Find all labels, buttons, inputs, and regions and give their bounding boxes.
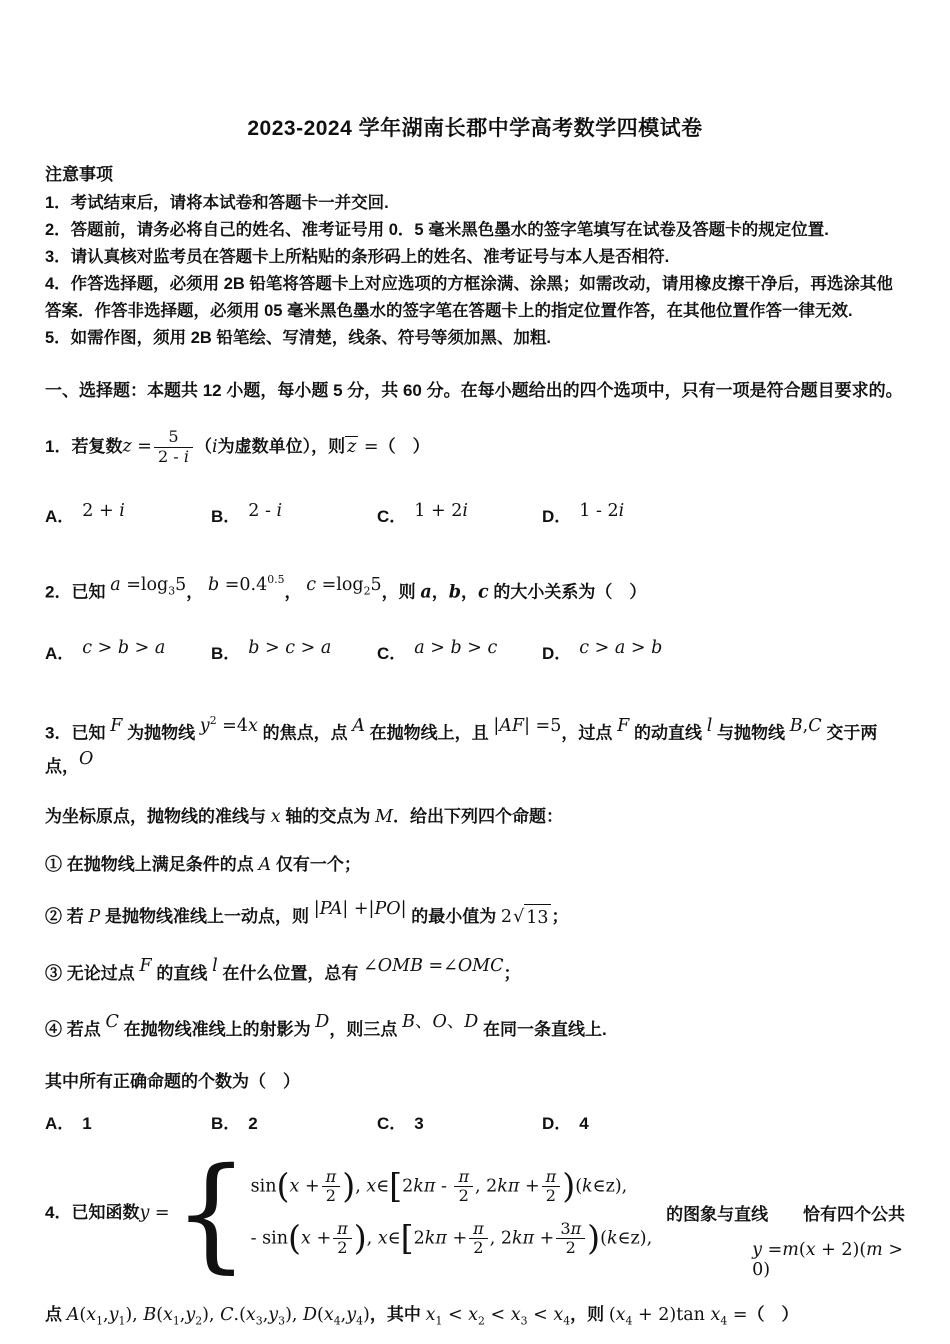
q2-option-b: B．b > c > a	[211, 638, 377, 664]
option-label: D．	[542, 644, 571, 663]
q3-option-c: C．3	[377, 1109, 542, 1134]
q3-option-b: B．2	[211, 1109, 377, 1134]
q2-option-d: D．c > a > b	[542, 638, 905, 664]
notice-heading: 注意事项	[45, 160, 905, 185]
question-3-stem-line-2: 为坐标原点，抛物线的准线与 x 轴的交点为 M．给出下列四个命题：	[45, 804, 905, 830]
option-label: B．	[211, 1114, 240, 1133]
question-1-stem: 1．若复数 z =52 - i（i 为虚数单位），则 z =（ ）	[45, 419, 905, 475]
option-value: 4	[579, 1114, 588, 1133]
question-1-options: A．2 + i B．2 - i C．1 + 2i D．1 - 2i	[45, 501, 905, 527]
piecewise-brace: {	[174, 1151, 249, 1275]
q4-lead: 4．已知函数 y =	[45, 1200, 170, 1226]
option-label: D．	[542, 1114, 571, 1133]
notice-item-4: 4．作答选择题，必须用 2B 铅笔将答题卡上对应选项的方框涂满、涂黑；如需改动，…	[45, 271, 905, 325]
option-label: A．	[45, 644, 74, 663]
exam-title: 2023-2024 学年湖南长郡中学高考数学四模试卷	[45, 112, 905, 142]
q3-proposition-3: ③ 无论过点 F 的直线 l 在什么位置，总有 ∠OMB =∠OMC；	[45, 953, 905, 987]
q1-option-b: B．2 - i	[211, 501, 377, 527]
option-value: 2 + i	[82, 501, 125, 521]
option-value: c > a > b	[579, 638, 662, 658]
option-label: A．	[45, 1114, 74, 1133]
option-label: C．	[377, 1114, 406, 1133]
option-label: B．	[211, 644, 240, 663]
q1-option-c: C．1 + 2i	[377, 501, 542, 527]
option-value: c > b > a	[82, 638, 165, 658]
option-value: 1	[82, 1114, 91, 1133]
exam-page: 2023-2024 学年湖南长郡中学高考数学四模试卷 注意事项 1．考试结束后，…	[0, 0, 950, 1344]
question-3-stem-line-1: 3．已知 F 为抛物线 y2 =4x 的焦点，点 A 在抛物线上，且 |AF| …	[45, 708, 905, 781]
option-label: C．	[377, 644, 406, 663]
section-1-heading: 一、选择题：本题共 12 小题，每小题 5 分，共 60 分。在每小题给出的四个…	[45, 378, 905, 403]
q4-common-text: 恰有四个公共	[803, 1200, 905, 1225]
option-value: 1 + 2i	[414, 501, 468, 521]
option-label: C．	[377, 507, 406, 526]
piecewise-row-2: - sin(x +π2), x∈[2kπ +π2, 2kπ +3π2)(k∈z)…	[251, 1220, 652, 1258]
q3-proposition-1: ① 在抛物线上满足条件的点 A 仅有一个；	[45, 852, 905, 878]
option-value: b > c > a	[248, 638, 331, 658]
q1-option-a: A．2 + i	[45, 501, 211, 527]
piecewise-rows: sin(x +π2), x∈[2kπ - π2, 2kπ +π2)(k∈z), …	[251, 1168, 652, 1258]
piecewise-function: { sin(x +π2), x∈[2kπ - π2, 2kπ +π2)(k∈z)…	[174, 1154, 653, 1272]
q2-option-c: C．a > b > c	[377, 638, 542, 664]
option-value: 1 - 2i	[579, 501, 624, 521]
question-2-options: A．c > b > a B．b > c > a C．a > b > c D．c …	[45, 638, 905, 664]
question-2-stem: 2．已知 a =log35， b =0.40.5， c =log25，则 a，b…	[45, 567, 905, 606]
question-3-options: A．1 B．2 C．3 D．4	[45, 1109, 905, 1134]
option-value: a > b > c	[414, 638, 497, 658]
option-label: D．	[542, 507, 571, 526]
option-value: 3	[414, 1114, 423, 1133]
q3-proposition-4: ④ 若点 C 在抛物线准线上的射影为 D，则三点 B、O、D 在同一条直线上.	[45, 1009, 905, 1043]
option-value: 2 - i	[248, 501, 282, 521]
option-label: B．	[211, 507, 240, 526]
option-value: 2	[248, 1114, 257, 1133]
notice-item-1: 1．考试结束后，请将本试卷和答题卡一并交回.	[45, 190, 905, 217]
q3-option-a: A．1	[45, 1109, 211, 1134]
q4-tail-line: 点 A(x1,y1), B(x1,y2), C.(x3,y3), D(x4,y4…	[45, 1302, 905, 1335]
notice-item-3: 3．请认真核对监考员在答题卡上所粘贴的条形码上的姓名、准考证号与本人是否相符.	[45, 244, 905, 271]
q3-proposition-2: ② 若 P 是抛物线准线上一动点，则 |PA| +|PO| 的最小值为 2√13…	[45, 896, 905, 931]
option-label: A．	[45, 507, 74, 526]
q3-count-line: 其中所有正确命题的个数为（ ）	[45, 1069, 905, 1095]
q3-option-d: D．4	[542, 1109, 905, 1134]
q4-line-equation: y =m(x + 2)(m > 0)	[752, 1240, 905, 1280]
q4-right-area: 的图象与直线 恰有四个公共 y =m(x + 2)(m > 0)	[652, 1148, 905, 1278]
piecewise-row-1: sin(x +π2), x∈[2kπ - π2, 2kπ +π2)(k∈z),	[251, 1168, 652, 1206]
question-4-stem: 4．已知函数 y = { sin(x +π2), x∈[2kπ - π2, 2k…	[45, 1148, 905, 1278]
q4-graph-text: 的图象与直线	[666, 1200, 768, 1225]
q1-option-d: D．1 - 2i	[542, 501, 905, 527]
q2-option-a: A．c > b > a	[45, 638, 211, 664]
notice-item-2: 2．答题前，请务必将自己的姓名、准考证号用 0．5 毫米黑色墨水的签字笔填写在试…	[45, 217, 905, 244]
notice-item-5: 5．如需作图，须用 2B 铅笔绘、写清楚，线条、符号等须加黑、加粗.	[45, 325, 905, 352]
